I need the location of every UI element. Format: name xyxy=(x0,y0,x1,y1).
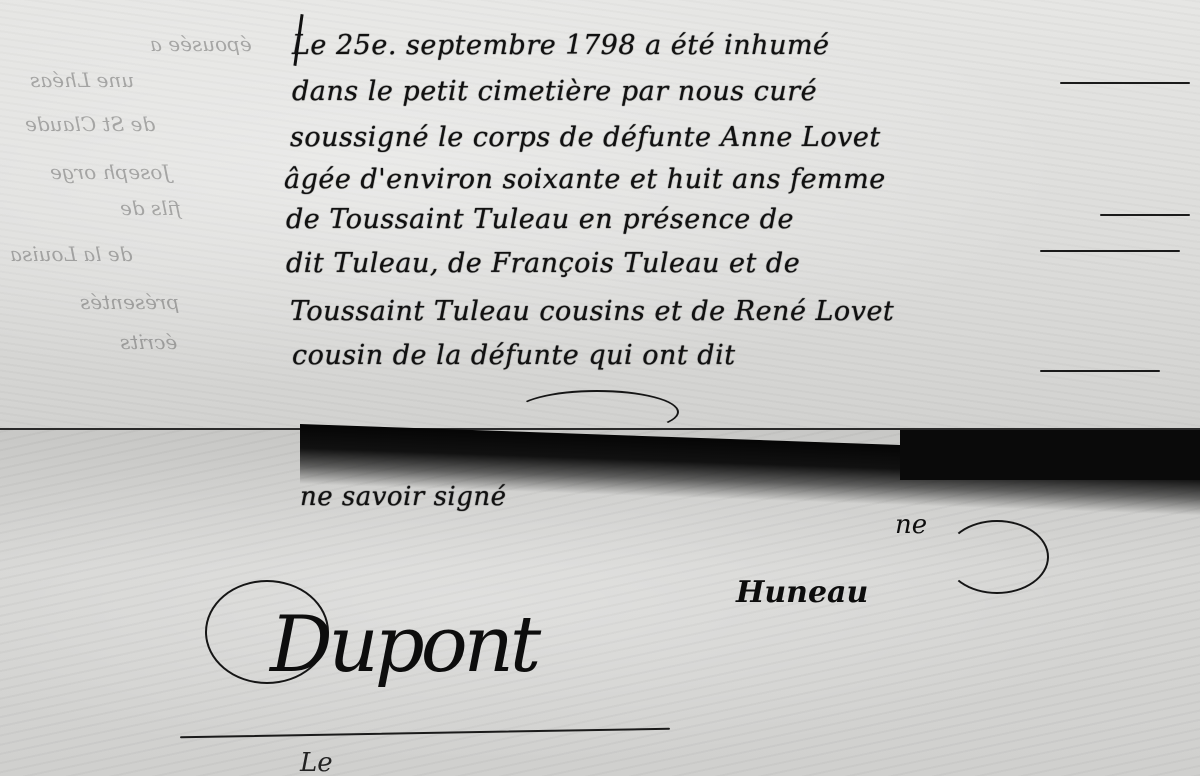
bleed-through-line: une Lhéas xyxy=(30,68,134,92)
bleed-through-line: présentés xyxy=(80,290,179,314)
line-filler xyxy=(1040,370,1160,372)
entry-line: dans le petit cimetière par nous curé xyxy=(292,76,817,107)
page-upper-section: épousée a une Lhéas de St Claude Joseph … xyxy=(0,0,1200,428)
signature-ne: ne xyxy=(895,510,927,540)
line-filler xyxy=(1040,250,1180,252)
entry-line: dit Tuleau, de François Tuleau et de xyxy=(286,248,800,279)
entry-line: Toussaint Tuleau cousins et de René Love… xyxy=(290,296,894,327)
signature-dupont: Dupont xyxy=(270,600,537,690)
bleed-through-line: de la Louisa xyxy=(10,242,132,266)
bleed-through-line: de St Claude xyxy=(25,112,155,136)
bleed-through-line: Joseph orge xyxy=(50,160,170,184)
page-fold-shadow xyxy=(900,430,1200,480)
entry-line: âgée d'environ soixante et huit ans femm… xyxy=(284,164,886,195)
entry-line: cousin de la défunte qui ont dit xyxy=(292,340,736,371)
signature-flourish xyxy=(945,520,1049,594)
flourish-stroke xyxy=(515,390,679,434)
scanned-document: épousée a une Lhéas de St Claude Joseph … xyxy=(0,0,1200,776)
bleed-through-line: fils de xyxy=(120,196,181,220)
bleed-through-line: épousée a xyxy=(150,32,252,56)
section-separator xyxy=(180,728,670,739)
bleed-through-line: écrits xyxy=(120,330,177,354)
next-entry-fragment: Le xyxy=(300,748,333,776)
entry-line: soussigné le corps de défunte Anne Lovet xyxy=(290,122,881,153)
entry-line: de Toussaint Tuleau en présence de xyxy=(286,204,794,235)
line-filler xyxy=(1060,82,1190,84)
line-filler xyxy=(1100,214,1190,216)
entry-line: Le 25e. septembre 1798 a été inhumé xyxy=(292,30,830,61)
signature-huneau: Huneau xyxy=(736,575,868,610)
